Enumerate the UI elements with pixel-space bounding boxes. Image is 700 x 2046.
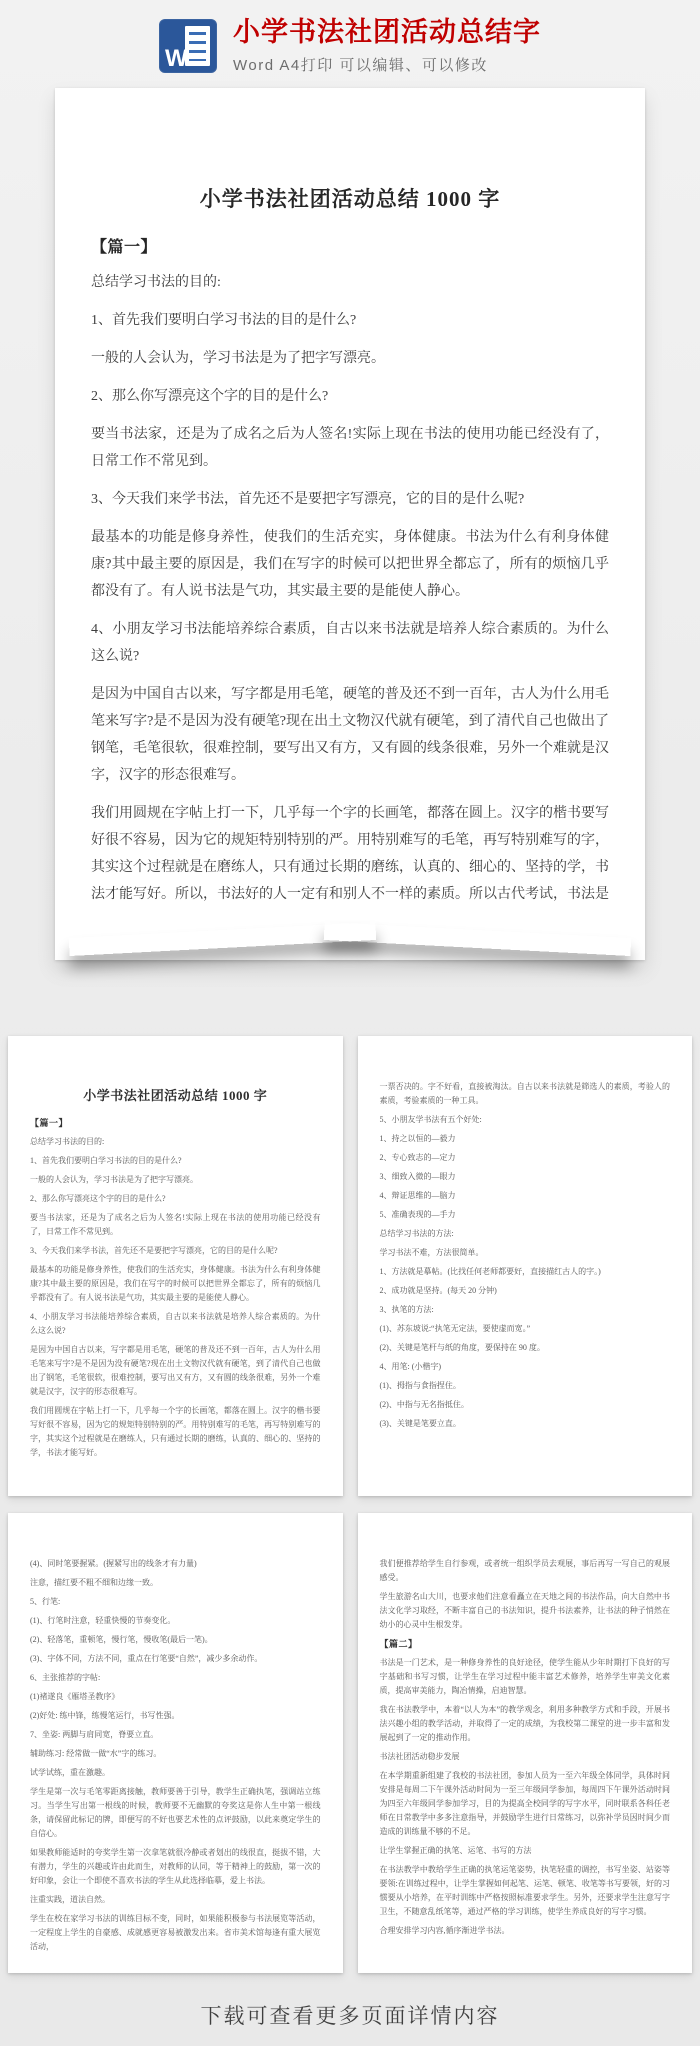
paragraph: 我们便推荐给学生自行参观，或者统一组织学员去观展，事后再写一写自己的观展感受。 bbox=[380, 1557, 671, 1585]
paragraph: 在本学期重新组建了我校的书法社团，参加人员为一至六年级全体同学，具体时间安排是每… bbox=[380, 1769, 671, 1839]
paragraph: 一般的人会认为，学习书法是为了把字写漂亮。 bbox=[91, 345, 609, 372]
paragraph: (2)、轻落笔，重顿笔，慢行笔，慢收笔(最后一笔)。 bbox=[30, 1633, 321, 1647]
paragraph: 学生是第一次与毛笔零距离接触，教师要善于引导，教学生正确执笔，强调站立练习。当学… bbox=[30, 1785, 321, 1841]
paragraph: 我们用圆规在字帖上打一下，几乎每一个字的长画笔，都落在圆上。汉字的楷书要写好很不… bbox=[30, 1404, 321, 1460]
paragraph: 一票否决的。字不好看，直接被淘汰。自古以来书法就是筛选人的素质，考验人的素质，考… bbox=[380, 1080, 671, 1108]
paragraph: (2)、关键是笔杆与纸的角度，要保持在 90 度。 bbox=[380, 1341, 671, 1355]
paragraph: 1、首先我们要明白学习书法的目的是什么? bbox=[30, 1154, 321, 1168]
paragraph: 总结学习书法的目的: bbox=[30, 1135, 321, 1149]
paragraph: (2)、中指与无名指抵住。 bbox=[380, 1398, 671, 1412]
paragraph: 总结学习书法的方法: bbox=[380, 1227, 671, 1241]
thumbnail-doc-title: 小学书法社团活动总结 1000 字 bbox=[30, 1088, 321, 1104]
paragraph: 1、首先我们要明白学习书法的目的是什么? bbox=[91, 307, 609, 334]
footer-hint: 下载可查看更多页面详情内容 bbox=[0, 2000, 700, 2030]
page-thumbnail-1[interactable]: 小学书法社团活动总结 1000 字 【篇一】总结学习书法的目的:1、首先我们要明… bbox=[8, 1036, 343, 1496]
paragraph: 2、那么你写漂亮这个字的目的是什么? bbox=[30, 1192, 321, 1206]
word-icon-page bbox=[185, 26, 210, 66]
paragraph: 我在书法教学中，本着“以人为本”的教学观念，利用多种教学方式和手段，开展书法兴趣… bbox=[380, 1703, 671, 1745]
paragraph: (1)、苏东坡说:“执笔无定法，要使虚而宽。” bbox=[380, 1322, 671, 1336]
paragraph: 7、坐姿: 两脚与肩同宽，脊要立直。 bbox=[30, 1728, 321, 1742]
document-body: 总结学习书法的目的:1、首先我们要明白学习书法的目的是什么?一般的人会认为，学习… bbox=[91, 269, 609, 908]
paragraph: 2、那么你写漂亮这个字的目的是什么? bbox=[91, 383, 609, 410]
page-thumbnail-3[interactable]: (4)、同时笔要握紧。(握紧写出的线条才有力量)注意，描红要不粗不细和边缘一致。… bbox=[8, 1513, 343, 1973]
page-thumbnail-4[interactable]: 我们便推荐给学生自行参观，或者统一组织学员去观展，事后再写一写自己的观展感受。学… bbox=[358, 1513, 693, 1973]
paragraph: (1)、拇指与食指捏住。 bbox=[380, 1379, 671, 1393]
page-thumbnail-2[interactable]: 一票否决的。字不好看，直接被淘汰。自古以来书法就是筛选人的素质，考验人的素质，考… bbox=[358, 1036, 693, 1496]
paragraph: 3、细致入微的—眼力 bbox=[380, 1170, 671, 1184]
paragraph: 1、持之以恒的—毅力 bbox=[380, 1132, 671, 1146]
paragraph: 4、辩证思维的—脑力 bbox=[380, 1189, 671, 1203]
thumbnail-body: 我们便推荐给学生自行参观，或者统一组织学员去观展，事后再写一写自己的观展感受。学… bbox=[380, 1557, 671, 1938]
paragraph: 学习书法不难，方法很简单。 bbox=[380, 1246, 671, 1260]
header-text: 小学书法社团活动总结字 Word A4打印 可以编辑、可以修改 bbox=[233, 17, 541, 75]
paragraph: 学生在校在家学习书法的训练目标不变，同时，如果能积极参与书法展览等活动，一定程度… bbox=[30, 1912, 321, 1954]
thumbnail-body: 【篇一】总结学习书法的目的:1、首先我们要明白学习书法的目的是什么?一般的人会认… bbox=[30, 1116, 321, 1460]
paragraph: 我们用圆规在字帖上打一下，几乎每一个字的长画笔，都落在圆上。汉字的楷书要写好很不… bbox=[91, 800, 609, 908]
paragraph: 学生旅游名山大川，也要求他们注意看矗立在天地之间的书法作品，向大自然中书法文化学… bbox=[380, 1590, 671, 1632]
paragraph: (3)、关键是笔要立直。 bbox=[380, 1417, 671, 1431]
paragraph: 是因为中国自古以来，写字都是用毛笔，硬笔的普及还不到一百年，古人为什么用毛笔来写… bbox=[91, 681, 609, 789]
thumbnail-body: 一票否决的。字不好看，直接被淘汰。自古以来书法就是筛选人的素质，考验人的素质，考… bbox=[380, 1080, 671, 1431]
paragraph: 让学生掌握正确的执笔、运笔、书写的方法 bbox=[380, 1844, 671, 1858]
thumbnail-body: (4)、同时笔要握紧。(握紧写出的线条才有力量)注意，描红要不粗不细和边缘一致。… bbox=[30, 1557, 321, 1954]
paragraph: 注重实践，道法自然。 bbox=[30, 1893, 321, 1907]
paragraph: (3)、字体不同，方法不同，重点在行笔要“自然”，减少多余动作。 bbox=[30, 1652, 321, 1666]
paragraph: 最基本的功能是修身养性，使我们的生活充实，身体健康。书法为什么有利身体健康?其中… bbox=[30, 1263, 321, 1305]
paragraph: 是因为中国自古以来，写字都是用毛笔，硬笔的普及还不到一百年，古人为什么用毛笔来写… bbox=[30, 1343, 321, 1399]
paragraph: 1、方法就是摹帖。(比找任何老师都要好，直接描红古人的字。) bbox=[380, 1265, 671, 1279]
paragraph: 5、行笔: bbox=[30, 1595, 321, 1609]
paragraph: 在书法教学中教给学生正确的执笔运笔姿势，执笔轻重的调控，书写坐姿、站姿等要领:在… bbox=[380, 1863, 671, 1919]
thumbnail-grid: 小学书法社团活动总结 1000 字 【篇一】总结学习书法的目的:1、首先我们要明… bbox=[8, 1036, 692, 1973]
paragraph: 书法是一门艺术，是一种修身养性的良好途径，使学生能从少年时期打下良好的写字基础和… bbox=[380, 1656, 671, 1698]
section-heading: 【篇一】 bbox=[91, 234, 609, 257]
paragraph: 3、今天我们来学书法，首先还不是要把字写漂亮，它的目的是什么呢? bbox=[30, 1244, 321, 1258]
page-subtitle: Word A4打印 可以编辑、可以修改 bbox=[233, 54, 541, 75]
document-title: 小学书法社团活动总结 1000 字 bbox=[91, 184, 609, 214]
paragraph: 一般的人会认为，学习书法是为了把字写漂亮。 bbox=[30, 1173, 321, 1187]
paragraph: 3、执笔的方法: bbox=[380, 1303, 671, 1317]
paragraph: 要当书法家，还是为了成名之后为人签名!实际上现在书法的使用功能已经没有了，日常工… bbox=[30, 1211, 321, 1239]
paragraph: 【篇一】 bbox=[30, 1116, 321, 1130]
document-preview-screen: W 小学书法社团活动总结字 Word A4打印 可以编辑、可以修改 小学书法社团… bbox=[0, 0, 700, 2046]
paragraph: 书法社团活动稳步发展 bbox=[380, 1750, 671, 1764]
page-title: 小学书法社团活动总结字 bbox=[233, 17, 541, 47]
paragraph: (2)好处: 练中锋，练慢笔运行，书写性强。 bbox=[30, 1709, 321, 1723]
paragraph: 总结学习书法的目的: bbox=[91, 269, 609, 296]
paragraph: 5、小朋友学书法有五个好处: bbox=[380, 1113, 671, 1127]
paragraph: (1)、行笔时注意，轻重快慢的节奏变化。 bbox=[30, 1614, 321, 1628]
paragraph: 2、专心致志的—定力 bbox=[380, 1151, 671, 1165]
paragraph: 合理安排学习内容,循序渐进学书法。 bbox=[380, 1924, 671, 1938]
paragraph: 4、用笔: (小楷字) bbox=[380, 1360, 671, 1374]
paragraph: 5、准确表现的—手力 bbox=[380, 1208, 671, 1222]
paragraph: (4)、同时笔要握紧。(握紧写出的线条才有力量) bbox=[30, 1557, 321, 1571]
paragraph: 最基本的功能是修身养性，使我们的生活充实，身体健康。书法为什么有利身体健康?其中… bbox=[91, 524, 609, 605]
paragraph: 4、小朋友学习书法能培养综合素质，自古以来书法就是培养人综合素质的。为什么这么说… bbox=[30, 1310, 321, 1338]
paragraph: 注意，描红要不粗不细和边缘一致。 bbox=[30, 1576, 321, 1590]
paragraph: (1)褚遂良《雁塔圣教序》 bbox=[30, 1690, 321, 1704]
paragraph: 3、今天我们来学书法，首先还不是要把字写漂亮，它的目的是什么呢? bbox=[91, 486, 609, 513]
header: W 小学书法社团活动总结字 Word A4打印 可以编辑、可以修改 bbox=[0, 0, 700, 88]
paragraph: 【篇二】 bbox=[380, 1637, 671, 1651]
main-document-preview: 小学书法社团活动总结 1000 字 【篇一】 总结学习书法的目的:1、首先我们要… bbox=[55, 88, 645, 960]
paragraph: 试学试练，重在激趣。 bbox=[30, 1766, 321, 1780]
paragraph: 2、成功就是坚持。(每天 20 分钟) bbox=[380, 1284, 671, 1298]
paragraph: 如果教师能适时的夸奖学生第一次拿笔就很冷静或者划出的线很直，挺拔不错，大有潜力，… bbox=[30, 1846, 321, 1888]
word-icon: W bbox=[159, 19, 217, 73]
paragraph: 4、小朋友学习书法能培养综合素质，自古以来书法就是培养人综合素质的。为什么这么说… bbox=[91, 616, 609, 670]
paragraph: 要当书法家，还是为了成名之后为人签名!实际上现在书法的使用功能已经没有了，日常工… bbox=[91, 421, 609, 475]
paragraph: 6、主张推荐的字帖: bbox=[30, 1671, 321, 1685]
paragraph: 辅助练习: 经常做一做“水”字的练习。 bbox=[30, 1747, 321, 1761]
